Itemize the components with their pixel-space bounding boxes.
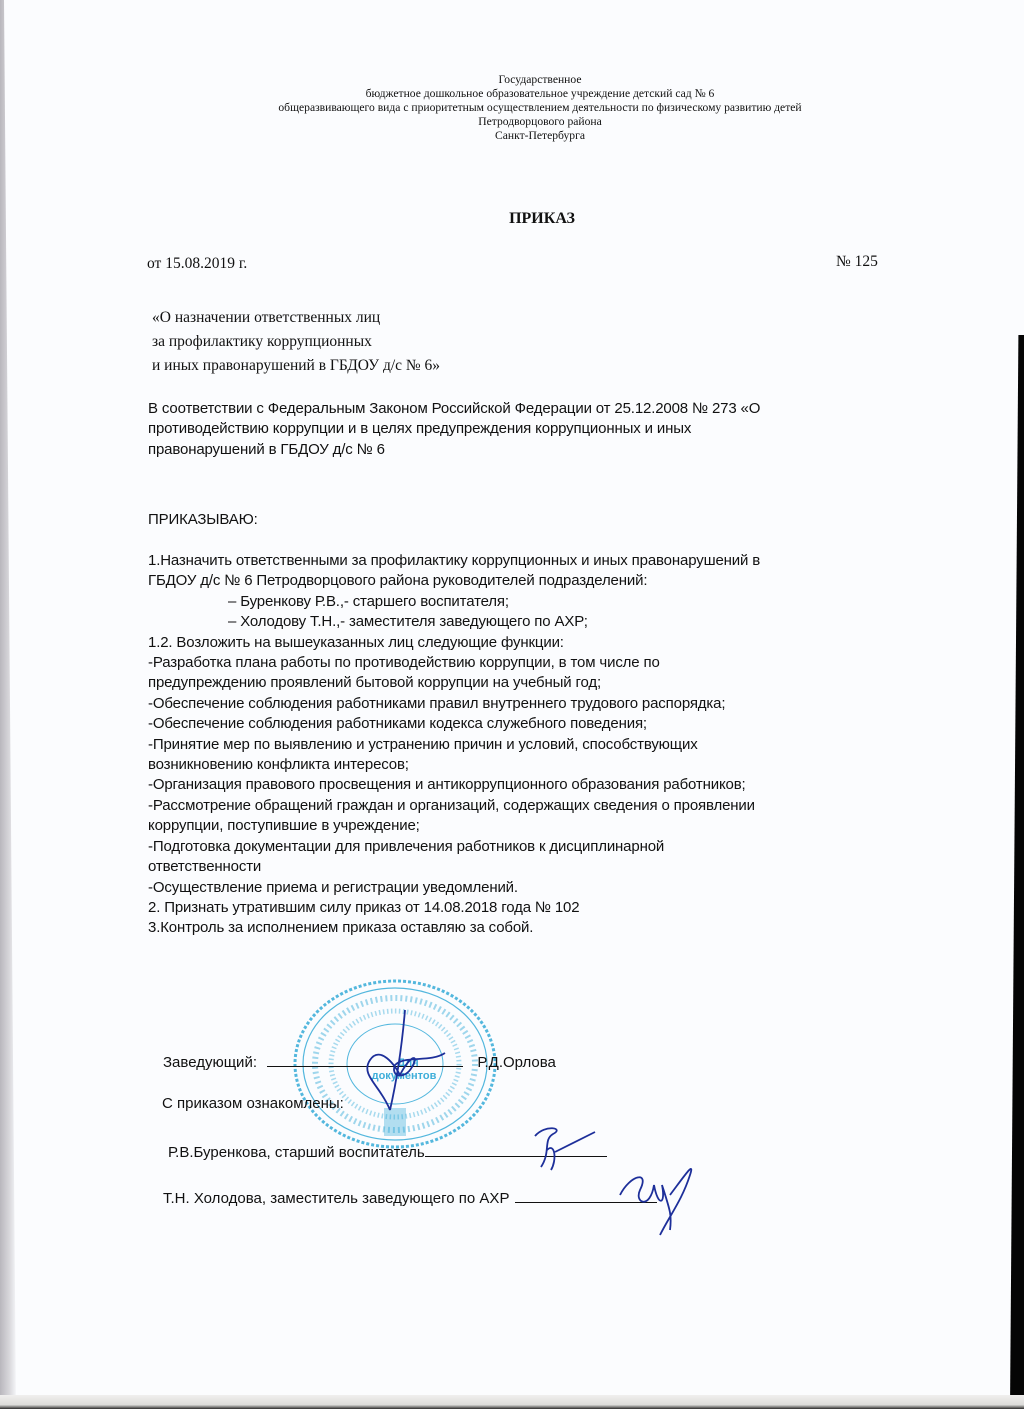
holodova-signature-icon (610, 1155, 710, 1240)
acquainted-name: Р.В.Буренкова, старший воспитатель (168, 1144, 425, 1161)
header-line: бюджетное дошкольное образовательное учр… (0, 87, 1024, 101)
preamble-line: В соответствии с Федеральным Законом Рос… (148, 399, 928, 419)
item-line: 3.Контроль за исполнением приказа оставл… (148, 918, 928, 938)
preamble-line: противодействию коррупции и в целях пред… (148, 419, 928, 439)
item-line: 1.Назначить ответственными за профилакти… (148, 551, 928, 571)
item-line: -Подготовка документации для привлечения… (148, 837, 928, 857)
head-signature-icon (350, 1005, 460, 1115)
order-word: ПРИКАЗЫВАЮ: (148, 510, 928, 530)
item-line: ГБДОУ д/с № 6 Петродворцового района рук… (148, 571, 928, 591)
item-line: ответственности (148, 857, 928, 877)
order-subject: «О назначении ответственных лиц за профи… (152, 306, 440, 378)
item-line: -Организация правового просвещения и ант… (148, 775, 928, 795)
order-items: 1.Назначить ответственными за профилакти… (148, 551, 928, 939)
item-line: возникновению конфликта интересов; (148, 755, 928, 775)
item-line: – Холодову Т.Н.,- заместителя заведующег… (148, 612, 928, 632)
acquainted-label: С приказом ознакомлены: (162, 1095, 344, 1112)
order-number: № 125 (836, 253, 878, 271)
subject-line: «О назначении ответственных лиц (152, 306, 440, 330)
scan-right-edge (1010, 335, 1024, 1409)
item-line: -Разработка плана работы по противодейст… (148, 653, 928, 673)
preamble-line: правонарушений в ГБДОУ д/с № 6 (148, 440, 928, 460)
preamble: В соответствии с Федеральным Законом Рос… (148, 399, 928, 460)
scan-bottom-edge (0, 1395, 1024, 1409)
header-line: Санкт-Петербурга (0, 129, 1024, 143)
order-date: от 15.08.2019 г. (147, 255, 247, 273)
head-name: Р.Д.Орлова (477, 1054, 556, 1071)
subject-line: за профилактику коррупционных (152, 330, 440, 354)
item-line: – Буренкову Р.В.,- старшего воспитателя; (148, 592, 928, 612)
item-line: коррупции, поступившие в учреждение; (148, 816, 928, 836)
acquainted-row-holodova: Т.Н. Холодова, заместитель заведующего п… (163, 1188, 657, 1207)
item-line: 2. Признать утратившим силу приказ от 14… (148, 898, 928, 918)
header-line: Петродворцового района (0, 115, 1024, 129)
item-line: предупреждению проявлений бытовой корруп… (148, 673, 928, 693)
head-label: Заведующий: (163, 1054, 257, 1071)
burenkova-signature-icon (525, 1122, 615, 1174)
item-line: 1.2. Возложить на вышеуказанных лиц след… (148, 633, 928, 653)
item-line: -Принятие мер по выявлению и устранению … (148, 735, 928, 755)
acquainted-name: Т.Н. Холодова, заместитель заведующего п… (163, 1190, 509, 1207)
header-line: общеразвивающего вида с приоритетным осу… (0, 101, 1024, 115)
organization-header: Государственное бюджетное дошкольное обр… (0, 73, 1024, 143)
subject-line: и иных правонарушений в ГБДОУ д/с № 6» (152, 354, 440, 378)
item-line: -Осуществление приема и регистрации увед… (148, 878, 928, 898)
document-title: ПРИКАЗ (0, 210, 1024, 228)
item-line: -Обеспечение соблюдения работниками коде… (148, 714, 928, 734)
header-line: Государственное (0, 73, 1024, 87)
item-line: -Рассмотрение обращений граждан и органи… (148, 796, 928, 816)
item-line: -Обеспечение соблюдения работниками прав… (148, 694, 928, 714)
